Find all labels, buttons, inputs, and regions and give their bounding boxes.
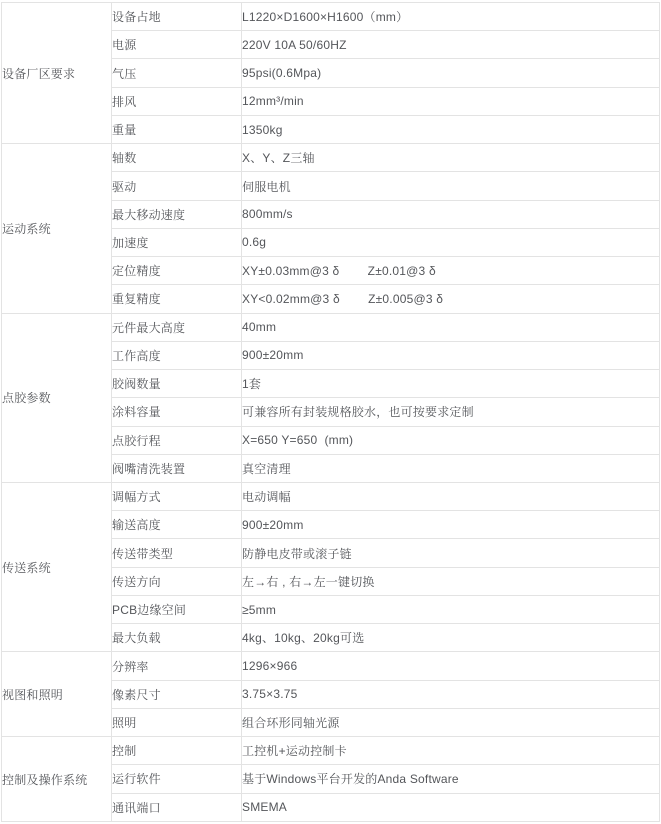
param-cell: 分辨率	[112, 652, 242, 680]
category-cell-motion-system: 运动系统	[2, 144, 112, 313]
value-cell: 900±20mm	[242, 511, 660, 539]
param-cell: 轴数	[112, 144, 242, 172]
param-cell: PCB边缘空间	[112, 595, 242, 623]
table-row: 控制及操作系统 控制 工控机+运动控制卡	[2, 737, 660, 765]
spec-page: 设备厂区要求 设备占地 L1220×D1600×H1600（mm） 电源 220…	[0, 2, 661, 824]
param-cell: 控制	[112, 737, 242, 765]
table-row: 传送系统 调幅方式 电动调幅	[2, 482, 660, 510]
param-cell: 电源	[112, 31, 242, 59]
category-cell-equipment-site-requirements: 设备厂区要求	[2, 3, 112, 144]
value-cell: 1套	[242, 370, 660, 398]
value-cell: 电动调幅	[242, 482, 660, 510]
param-cell: 传送方向	[112, 567, 242, 595]
param-cell: 气压	[112, 59, 242, 87]
value-cell: L1220×D1600×H1600（mm）	[242, 3, 660, 31]
value-cell: X、Y、Z三轴	[242, 144, 660, 172]
param-cell: 设备占地	[112, 3, 242, 31]
table-row: 点胶参数 元件最大高度 40mm	[2, 313, 660, 341]
value-cell: 真空清理	[242, 454, 660, 482]
value-cell: 组合环形同轴光源	[242, 708, 660, 736]
param-cell: 点胶行程	[112, 426, 242, 454]
value-cell: XY±0.03mm@3 δ Z±0.01@3 δ	[242, 257, 660, 285]
value-cell: X=650 Y=650 (mm)	[242, 426, 660, 454]
value-cell: XY<0.02mm@3 δ Z±0.005@3 δ	[242, 285, 660, 313]
value-cell: 伺服电机	[242, 172, 660, 200]
param-cell: 元件最大高度	[112, 313, 242, 341]
param-cell: 涂料容量	[112, 398, 242, 426]
spec-table: 设备厂区要求 设备占地 L1220×D1600×H1600（mm） 电源 220…	[1, 2, 660, 822]
value-cell: 1350kg	[242, 115, 660, 143]
value-cell: 左→右 , 右→左一键切换	[242, 567, 660, 595]
value-cell: 1296×966	[242, 652, 660, 680]
param-cell: 像素尺寸	[112, 680, 242, 708]
param-cell: 定位精度	[112, 257, 242, 285]
param-cell: 通讯端口	[112, 793, 242, 821]
value-cell: 800mm/s	[242, 200, 660, 228]
param-cell: 运行软件	[112, 765, 242, 793]
value-cell: 可兼容所有封装规格胶水，也可按要求定制	[242, 398, 660, 426]
value-cell: 防静电皮带或滚子链	[242, 539, 660, 567]
value-cell: 900±20mm	[242, 341, 660, 369]
value-cell: 0.6g	[242, 228, 660, 256]
value-cell: 220V 10A 50/60HZ	[242, 31, 660, 59]
table-row: 设备厂区要求 设备占地 L1220×D1600×H1600（mm）	[2, 3, 660, 31]
value-cell: 工控机+运动控制卡	[242, 737, 660, 765]
param-cell: 重复精度	[112, 285, 242, 313]
value-cell: SMEMA	[242, 793, 660, 821]
table-row: 视图和照明 分辨率 1296×966	[2, 652, 660, 680]
param-cell: 传送带类型	[112, 539, 242, 567]
param-cell: 最大移动速度	[112, 200, 242, 228]
value-cell: 95psi(0.6Mpa)	[242, 59, 660, 87]
value-cell: 3.75×3.75	[242, 680, 660, 708]
table-row: 运动系统 轴数 X、Y、Z三轴	[2, 144, 660, 172]
param-cell: 加速度	[112, 228, 242, 256]
param-cell: 胶阀数量	[112, 370, 242, 398]
value-cell: 基于Windows平台开发的Anda Software	[242, 765, 660, 793]
category-cell-dispensing-parameters: 点胶参数	[2, 313, 112, 482]
param-cell: 工作高度	[112, 341, 242, 369]
value-cell: 12mm³/min	[242, 87, 660, 115]
category-cell-conveyor-system: 传送系统	[2, 482, 112, 651]
param-cell: 排风	[112, 87, 242, 115]
category-cell-vision-and-lighting: 视图和照明	[2, 652, 112, 737]
param-cell: 最大负载	[112, 624, 242, 652]
param-cell: 驱动	[112, 172, 242, 200]
param-cell: 重量	[112, 115, 242, 143]
category-cell-control-and-operating-system: 控制及操作系统	[2, 737, 112, 822]
value-cell: ≥5mm	[242, 595, 660, 623]
param-cell: 照明	[112, 708, 242, 736]
param-cell: 输送高度	[112, 511, 242, 539]
param-cell: 调幅方式	[112, 482, 242, 510]
value-cell: 4kg、10kg、20kg可选	[242, 624, 660, 652]
value-cell: 40mm	[242, 313, 660, 341]
param-cell: 阀嘴清洗装置	[112, 454, 242, 482]
